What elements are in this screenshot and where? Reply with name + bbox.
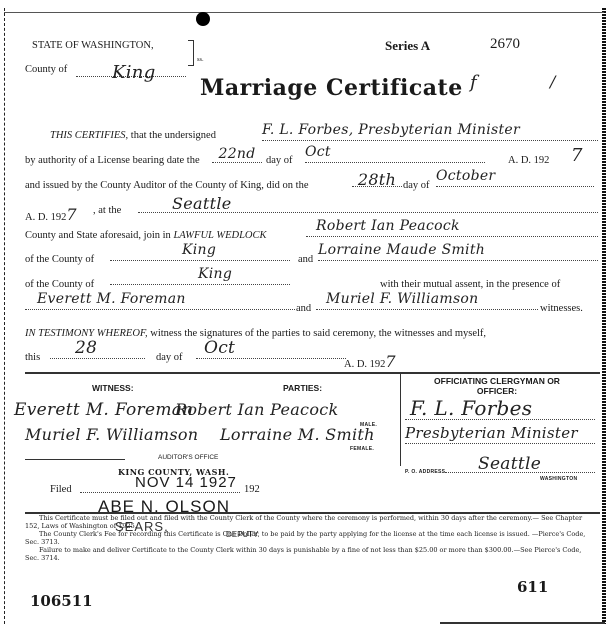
female-label: FEMALE. <box>350 446 374 452</box>
testimony-month-field: Oct <box>196 338 346 359</box>
license-day-of: day of <box>266 155 293 166</box>
groom-county-label: of the County of <box>25 254 94 265</box>
testimony-ad: A. D. 1927 <box>344 352 396 371</box>
bride-county-label: of the County of <box>25 279 94 290</box>
wedlock-text: County and State aforesaid, join in <box>25 230 171 241</box>
groom-county: King <box>182 242 216 258</box>
testimony-day-of: day of <box>156 352 183 363</box>
clerk-stamp: AUDITOR'S OFFICE <box>158 454 218 462</box>
officiant-field: F. L. Forbes, Presbyterian Minister <box>262 122 598 141</box>
signature-divider <box>400 372 401 466</box>
margin-mark-1: f <box>470 72 477 93</box>
po-address: Seattle <box>478 454 541 474</box>
testimony-day: 28 <box>75 338 97 358</box>
right-border <box>602 8 606 624</box>
bottom-rule <box>440 622 605 624</box>
certifies-prefix: THIS CERTIFIES, <box>50 130 128 141</box>
license-ad: A. D. 192 <box>508 155 549 166</box>
officiant-signature: F. L. Forbes <box>410 396 532 420</box>
issued-day-of: day of <box>403 180 430 191</box>
testimony-ad-text: A. D. 192 <box>344 359 385 370</box>
line-wedlock: County and State aforesaid, join in LAWF… <box>25 230 267 241</box>
line-ad-year: A. D. 1927 <box>25 205 77 224</box>
groom-county-field: King <box>110 242 290 261</box>
testimony-month: Oct <box>204 338 235 358</box>
officiant-line-1 <box>405 419 595 420</box>
testimony-year-digit: 7 <box>385 352 395 371</box>
series-label: Series A <box>385 38 430 54</box>
bride-county-field: King <box>110 266 290 285</box>
filed-date-field: NOV 14 1927 <box>80 474 240 493</box>
washington-label: WASHINGTON <box>540 476 577 482</box>
fine-print-fee: The County Clerk's Fee for recording thi… <box>25 530 595 546</box>
margin-mark-2: / <box>550 72 556 91</box>
top-rule <box>4 12 604 13</box>
male-signature: Robert Ian Peacock <box>175 400 339 419</box>
witness-bottom-rule <box>25 459 125 460</box>
state-label: STATE OF WASHINGTON, <box>32 40 154 51</box>
testimony-day-field: 28 <box>50 338 145 359</box>
punch-hole <box>196 12 210 26</box>
certificate-title: Marriage Certificate <box>200 75 463 101</box>
female-signature: Lorraine M. Smith <box>220 425 375 444</box>
officiant-heading: OFFICIATING CLERGYMAN OR OFFICER: <box>422 376 572 396</box>
wedlock-label: LAWFUL WEDLOCK <box>173 230 266 241</box>
and-label-1: and <box>298 254 313 265</box>
license-year-digit: 7 <box>571 145 583 166</box>
groom-name: Robert Ian Peacock <box>316 218 460 234</box>
line-license: by authority of a License bearing date t… <box>25 155 200 166</box>
line-issued: and issued by the County Auditor of the … <box>25 180 308 191</box>
this-label: this <box>25 352 40 363</box>
po-address-line <box>445 472 595 473</box>
officiant-heading-line1: OFFICIATING CLERGYMAN OR <box>422 376 572 386</box>
fine-print: This Certificate must be filed out and f… <box>25 514 595 562</box>
ceremony-ad: A. D. 192 <box>25 212 66 223</box>
witnesses-label: witnesses. <box>540 303 583 314</box>
page-number: 611 <box>517 578 548 596</box>
county-field: King <box>76 62 186 77</box>
ceremony-place: Seattle <box>138 194 598 213</box>
ss-label: ss. <box>197 56 204 64</box>
witness1-signature: Everett M. Foreman <box>14 400 193 420</box>
groom-field: Robert Ian Peacock <box>306 218 598 237</box>
ceremony-year-digit: 7 <box>66 205 76 224</box>
filed-label: Filed <box>50 484 72 495</box>
license-day: 22nd <box>212 146 262 163</box>
mutual-assent-text: with their mutual assent, in the presenc… <box>380 279 560 290</box>
brace <box>188 40 194 66</box>
left-border <box>4 8 5 624</box>
line-certifies: THIS CERTIFIES, that the undersigned <box>50 130 216 141</box>
certifies-text: that the undersigned <box>131 130 216 141</box>
issued-day: 28th <box>352 170 402 187</box>
parties-heading: PARTIES: <box>283 383 322 393</box>
officiant-heading-line2: OFFICER: <box>422 386 572 396</box>
po-address-label: P. O. ADDRESS <box>405 469 445 475</box>
county-value: King <box>112 62 156 83</box>
ceremony-place-value: Seattle <box>172 194 232 213</box>
witness-heading: WITNESS: <box>92 383 134 393</box>
officiant-line-2 <box>405 443 595 444</box>
witness1-field: Everett M. Foreman <box>25 291 295 310</box>
filed-date: NOV 14 1927 <box>135 474 237 491</box>
fine-print-filing: This Certificate must be filed out and f… <box>25 514 595 530</box>
license-month: Oct <box>305 144 485 163</box>
witness2-name: Muriel F. Williamson <box>326 291 478 307</box>
witness2-field: Muriel F. Williamson <box>316 291 538 310</box>
bride-county: King <box>198 266 232 282</box>
issued-month: October <box>436 168 594 187</box>
bride-field: Lorraine Maude Smith <box>318 242 598 261</box>
filed-year-prefix: 192 <box>244 484 260 495</box>
officiant-title: Presbyterian Minister <box>405 424 578 442</box>
witness2-signature: Muriel F. Williamson <box>25 425 198 444</box>
witness1-name: Everett M. Foreman <box>37 291 186 307</box>
at-the-label: , at the <box>93 205 121 216</box>
county-label: County of <box>25 64 67 75</box>
document-number: 106511 <box>30 592 93 610</box>
serial-number: 2670 <box>490 36 520 53</box>
fine-print-penalty: Failure to make and deliver Certificate … <box>25 546 595 562</box>
signature-top-rule <box>25 372 600 374</box>
and-label-2: and <box>296 303 311 314</box>
